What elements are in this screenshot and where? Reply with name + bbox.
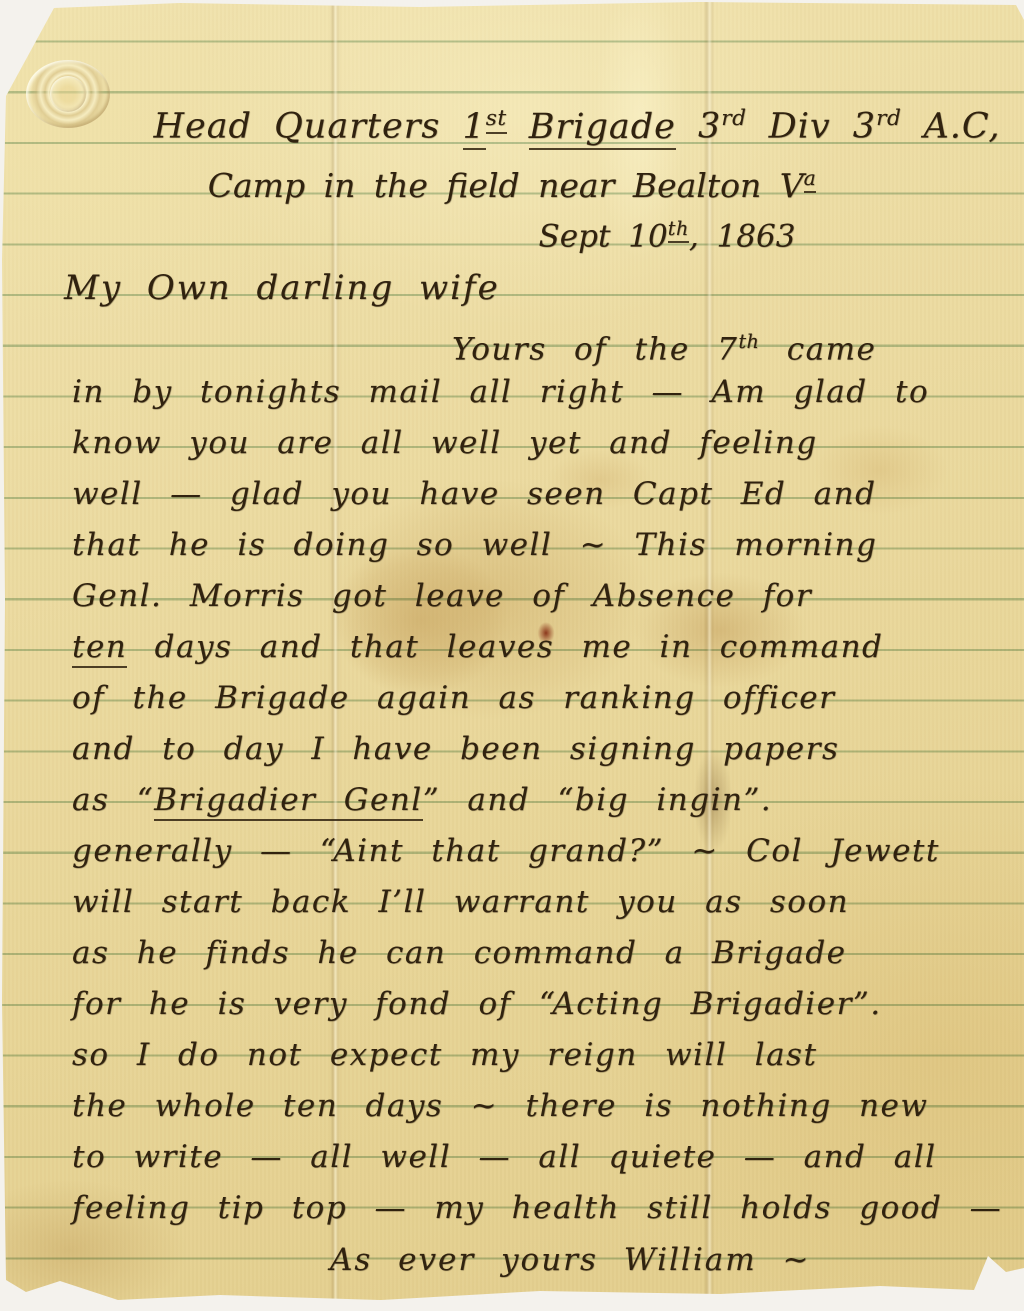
text-segment: rd [876,106,901,131]
text-segment: will start back I’ll warrant you as soon [72,884,849,920]
letter-scan: Head Quarters 1st Brigade 3rd Div 3rd A.… [0,0,1024,1311]
text-segment: Genl. Morris got leave of Absence for [72,578,812,614]
letter-body-line: know you are all well yet and feeling [72,418,1024,469]
text-segment: days and that leaves me in command [127,629,883,665]
text-segment: well — glad you have seen Capt Ed and [72,476,876,512]
text-segment: a [804,166,817,193]
letter-body-line: will start back I’ll warrant you as soon [72,877,1024,928]
signature-line: As ever yours William ~ [0,1234,1024,1286]
text-segment: as he finds he can command a Brigade [72,935,847,971]
text-segment: st [486,106,507,134]
text-segment: so I do not expect my reign will last [72,1037,817,1073]
text-segment: of the Brigade again as ranking officer [72,680,835,716]
text-segment: ” and “big ingin”. [423,782,772,818]
text-segment: 3 [676,107,721,147]
text-segment: Head Quarters [153,107,462,147]
text-segment: ten [72,629,127,668]
text-segment [507,107,529,147]
letter-content: Head Quarters 1st Brigade 3rd Div 3rd A.… [0,0,1024,1311]
letter-body-line: ten days and that leaves me in command [72,622,1024,673]
text-segment: for he is very fond of “Acting Brigadier… [72,986,882,1022]
letter-body-line: so I do not expect my reign will last [72,1030,1024,1081]
text-segment: as “ [72,782,154,818]
text-segment: generally — “Aint that grand?” ~ Col Jew… [72,833,940,869]
text-segment: the whole ten days ~ there is nothing ne… [72,1088,928,1124]
heading-headquarters-line: Head Quarters 1st Brigade 3rd Div 3rd A.… [0,86,1024,152]
text-segment: in by tonights mail all right — Am glad … [72,374,929,410]
text-segment: to write — all well — all quiete — and a… [72,1139,937,1175]
text-segment: Div 3 [747,107,877,147]
letter-body-line: Genl. Morris got leave of Absence for [72,571,1024,622]
letter-body-line: for he is very fond of “Acting Brigadier… [72,979,1024,1030]
text-segment: that he is doing so well ~ This morning [72,527,877,563]
text-segment: , 1863 [689,218,796,254]
letter-body-line: as he finds he can command a Brigade [72,928,1024,979]
letter-body-line: Yours of the 7th came [72,316,1024,367]
letter-body-line: as “Brigadier Genl” and “big ingin”. [72,775,1024,826]
text-segment: came [759,331,876,367]
letter-body-line: in by tonights mail all right — Am glad … [72,367,1024,418]
letter-body-line: that he is doing so well ~ This morning [72,520,1024,571]
letter-body-line: of the Brigade again as ranking officer [72,673,1024,724]
text-segment: rd [721,106,746,131]
text-segment: A.C, [901,107,1000,147]
text-segment: feeling tip top — my health still holds … [72,1190,1002,1226]
text-segment: Sept 10 [539,218,668,254]
text-segment: th [738,330,759,353]
salutation: My Own darling wife [0,260,1024,316]
text-segment: 1 [463,107,486,150]
letter-body-line: feeling tip top — my health still holds … [72,1183,1024,1234]
text-segment: Camp in the field near Bealton V [208,166,804,205]
letter-body-line: generally — “Aint that grand?” ~ Col Jew… [72,826,1024,877]
text-segment: know you are all well yet and feeling [72,425,818,461]
letter-body-line: to write — all well — all quiete — and a… [72,1132,1024,1183]
heading-camp-line: Camp in the field near Bealton Va [0,152,1024,204]
letter-body-line: and to day I have been signing papers [72,724,1024,775]
text-segment: Yours of the 7 [452,331,738,367]
text-segment: th [668,217,689,243]
text-segment: and to day I have been signing papers [72,731,839,767]
text-segment: Brigade [529,107,676,150]
heading-date-line: Sept 10th, 1863 [0,204,1024,254]
letter-page: Head Quarters 1st Brigade 3rd Div 3rd A.… [0,0,1024,1311]
letter-body: Yours of the 7th camein by tonights mail… [0,316,1024,1234]
letter-body-line: the whole ten days ~ there is nothing ne… [72,1081,1024,1132]
text-segment: Brigadier Genl [154,782,423,821]
letter-body-line: well — glad you have seen Capt Ed and [72,469,1024,520]
